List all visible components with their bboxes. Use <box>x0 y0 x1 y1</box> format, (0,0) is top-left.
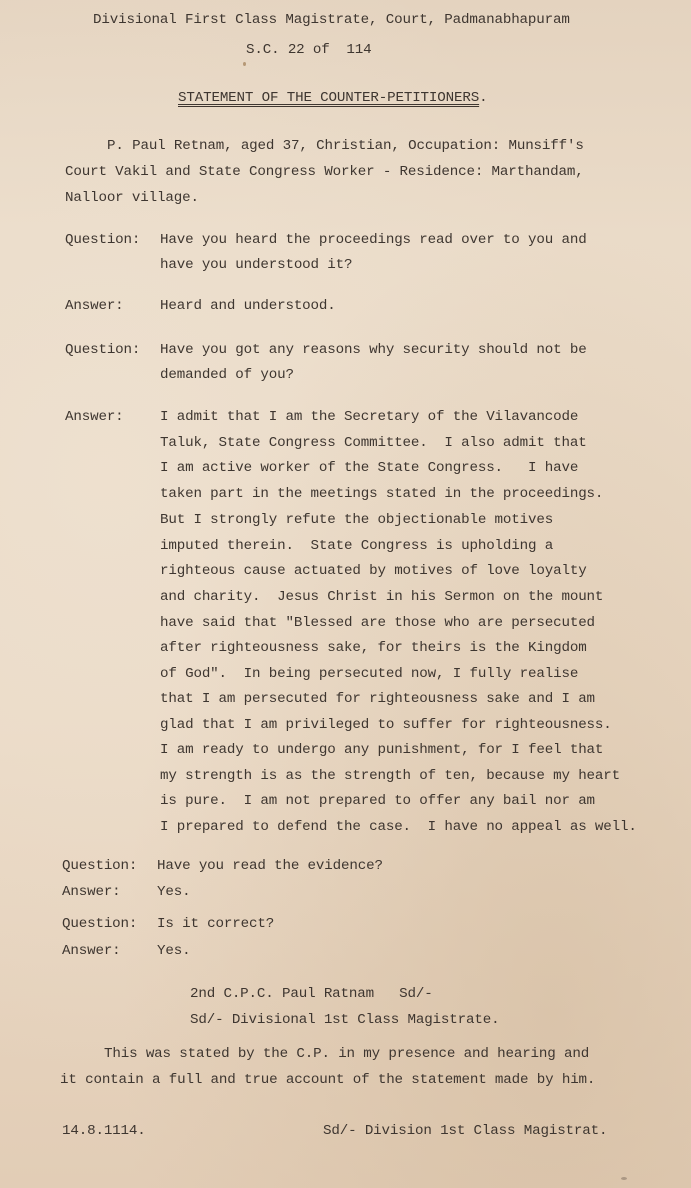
answer-text: Heard and understood. <box>160 297 336 315</box>
answer-text: of God". In being persecuted now, I full… <box>160 665 578 683</box>
petitioner-signature: 2nd C.P.C. Paul Ratnam Sd/- <box>190 985 433 1003</box>
ink-spot <box>243 62 246 66</box>
magistrate-signature: Sd/- Divisional 1st Class Magistrate. <box>190 1011 499 1029</box>
answer-text: is pure. I am not prepared to offer any … <box>160 792 595 810</box>
answer-text: Yes. <box>157 942 190 960</box>
question-text: demanded of you? <box>160 366 294 384</box>
footer-date: 14.8.1114. <box>62 1122 146 1140</box>
intro-line: Nalloor village. <box>65 189 199 207</box>
question-text: Have you heard the proceedings read over… <box>160 231 587 249</box>
answer-text: But I strongly refute the objectionable … <box>160 511 553 529</box>
case-number: S.C. 22 of 114 <box>246 41 371 59</box>
footer-signature: Sd/- Division 1st Class Magistrat. <box>323 1122 607 1140</box>
certification-line: This was stated by the C.P. in my presen… <box>104 1045 589 1063</box>
answer-text: glad that I am privileged to suffer for … <box>160 716 612 734</box>
document-page: Divisional First Class Magistrate, Court… <box>0 0 691 1188</box>
document-title-period: . <box>479 90 487 106</box>
answer-label: Answer: <box>65 408 124 426</box>
answer-text: Taluk, State Congress Committee. I also … <box>160 434 587 452</box>
question-label: Question: <box>65 341 140 359</box>
answer-text: I am ready to undergo any punishment, fo… <box>160 741 603 759</box>
ink-mark <box>621 1177 627 1180</box>
document-title: STATEMENT OF THE COUNTER-PETITIONERS. <box>178 89 487 107</box>
court-header: Divisional First Class Magistrate, Court… <box>93 11 570 29</box>
answer-label: Answer: <box>62 942 121 960</box>
answer-label: Answer: <box>62 883 121 901</box>
answer-text: imputed therein. State Congress is uphol… <box>160 537 553 555</box>
question-label: Question: <box>62 915 137 933</box>
answer-text: after righteousness sake, for theirs is … <box>160 639 587 657</box>
question-text: Is it correct? <box>157 915 274 933</box>
answer-text: I am active worker of the State Congress… <box>160 459 578 477</box>
answer-text: that I am persecuted for righteousness s… <box>160 690 595 708</box>
question-label: Question: <box>62 857 137 875</box>
answer-text: I admit that I am the Secretary of the V… <box>160 408 578 426</box>
answer-text: righteous cause actuated by motives of l… <box>160 562 587 580</box>
answer-label: Answer: <box>65 297 124 315</box>
answer-text: Yes. <box>157 883 190 901</box>
answer-text: and charity. Jesus Christ in his Sermon … <box>160 588 603 606</box>
intro-line: Court Vakil and State Congress Worker - … <box>65 163 584 181</box>
answer-text: I prepared to defend the case. I have no… <box>160 818 637 836</box>
question-text: have you understood it? <box>160 256 352 274</box>
answer-text: have said that "Blessed are those who ar… <box>160 614 595 632</box>
answer-text: taken part in the meetings stated in the… <box>160 485 603 503</box>
question-text: Have you read the evidence? <box>157 857 383 875</box>
document-title-text: STATEMENT OF THE COUNTER-PETITIONERS <box>178 90 479 106</box>
question-label: Question: <box>65 231 140 249</box>
question-text: Have you got any reasons why security sh… <box>160 341 587 359</box>
answer-text: my strength is as the strength of ten, b… <box>160 767 620 785</box>
certification-line: it contain a full and true account of th… <box>60 1071 595 1089</box>
intro-line: P. Paul Retnam, aged 37, Christian, Occu… <box>107 137 584 155</box>
